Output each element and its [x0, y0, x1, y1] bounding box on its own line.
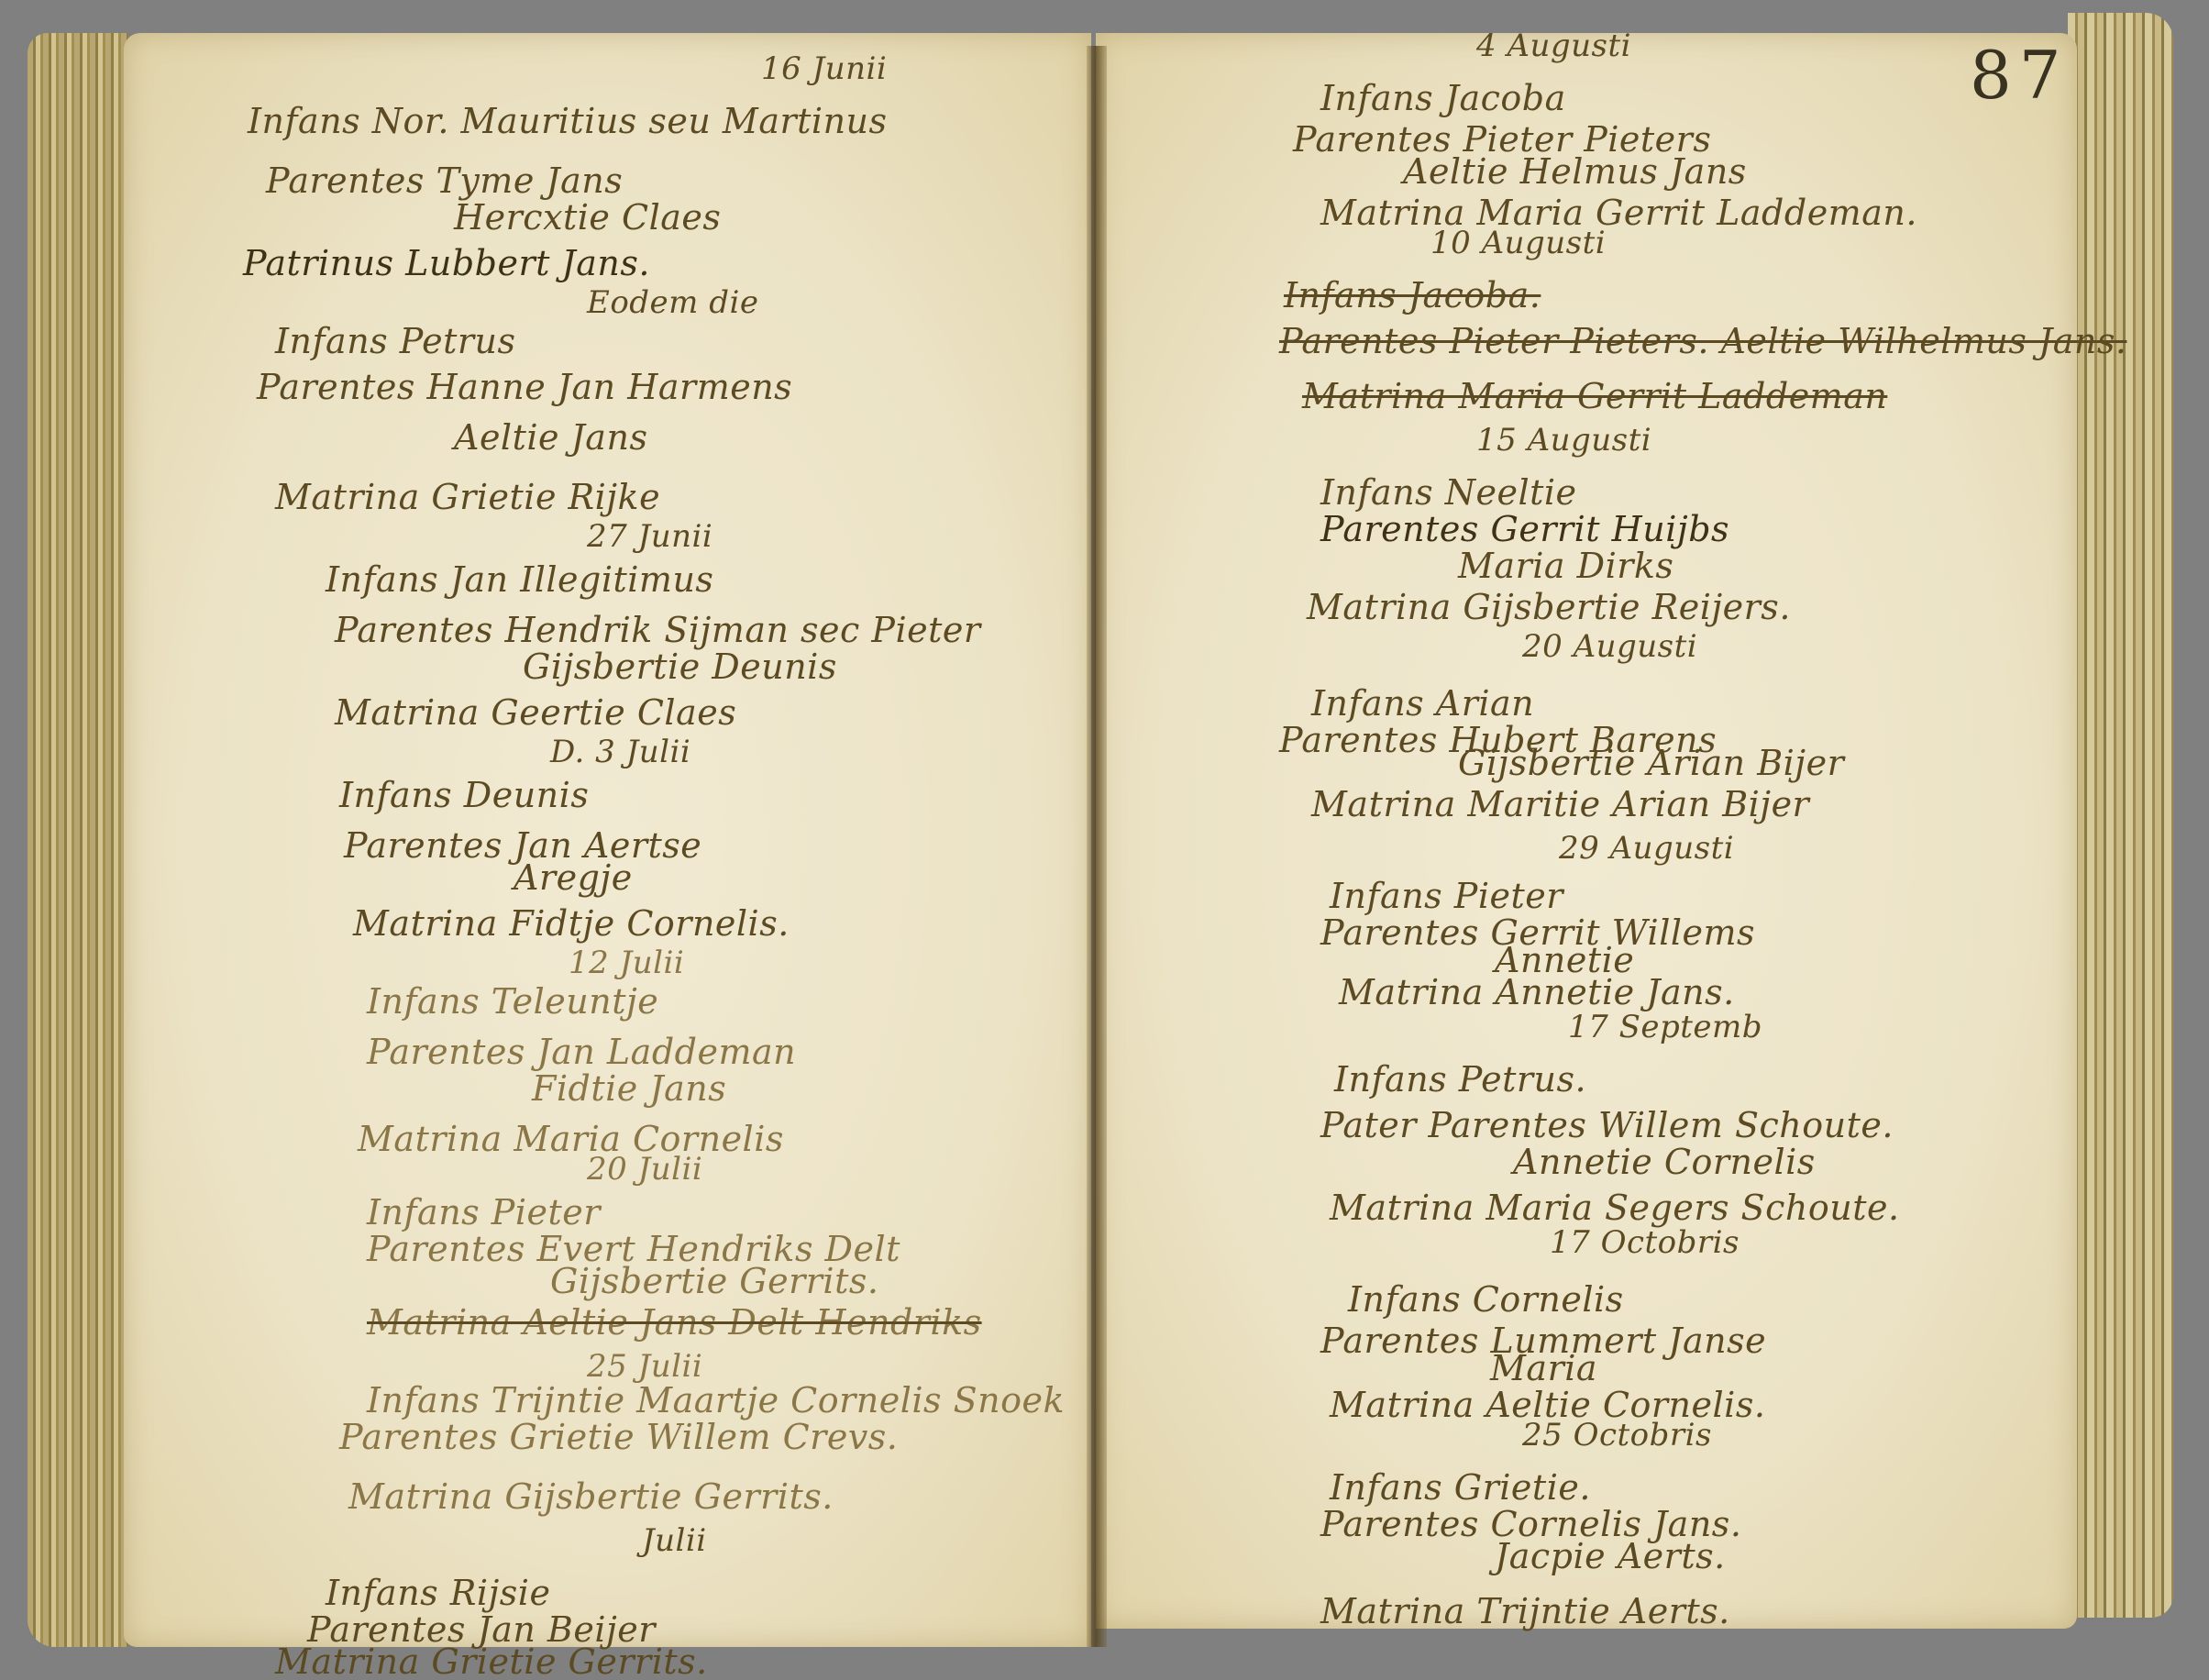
left-page-entry-line: 25 Julii [587, 1348, 702, 1385]
right-page-entry-line: Parentes Gerrit Huijbs [1320, 509, 1729, 549]
book-gutter [1087, 46, 1107, 1647]
left-page-entry-line: Julii [642, 1522, 707, 1559]
left-page-entry-line: Infans Trijntie Maartje Cornelis Snoek [367, 1380, 1065, 1420]
right-page-entry-line: 15 Augusti [1476, 422, 1651, 459]
right-page-entry-line: Matrina Annetie Jans. [1339, 972, 1735, 1012]
left-page-entry-line: Patrinus Lubbert Jans. [243, 243, 650, 283]
page-number: 87 [1970, 37, 2069, 114]
right-page-entry-line: Matrina Maria Gerrit Laddeman [1302, 376, 1887, 416]
right-page-entry-line: 20 Augusti [1522, 628, 1697, 665]
right-page-entry-line: 29 Augusti [1559, 830, 1734, 867]
left-page-entry-line: Infans Deunis [339, 775, 589, 815]
right-page-entry-line: 25 Octobris [1522, 1417, 1712, 1453]
right-page-entry-line: Matrina Gijsbertie Reijers. [1307, 587, 1791, 627]
left-page-entry-line: Matrina Maria Cornelis [358, 1119, 784, 1159]
left-page-entry-line: Eodem die [587, 284, 758, 321]
right-page-entry-line: Gijsbertie Arian Bijer [1458, 743, 1844, 783]
left-page-entry-line: 12 Julii [569, 945, 684, 981]
left-page-entry-line: Aregje [514, 857, 633, 898]
right-page-entry-line: Infans Arian [1311, 683, 1534, 724]
right-page-entry-line: Maria Dirks [1458, 546, 1673, 586]
right-page-entry-line: 10 Augusti [1430, 225, 1606, 261]
book-page-edges-left [28, 33, 128, 1647]
right-page-entry-line: 17 Septemb [1568, 1009, 1762, 1045]
left-page-entry-line: Infans Petrus [275, 321, 516, 361]
right-page-entry-line: Infans Cornelis [1348, 1279, 1624, 1320]
left-page-entry-line: Parentes Hendrik Sijman sec Pieter [335, 610, 981, 650]
right-page-entry-line: 4 Augusti [1476, 28, 1631, 64]
right-page-entry-line: Pater Parentes Willem Schoute. [1320, 1105, 1894, 1145]
left-page-entry-line: Parentes Grietie Willem Crevs. [339, 1417, 898, 1457]
left-page-entry-line: Aeltie Jans [454, 417, 647, 458]
right-page-entry-line: Infans Jacoba. [1284, 275, 1541, 315]
right-page-entry-line: Annetie Cornelis [1513, 1142, 1816, 1182]
left-page-entry-line: 27 Junii [587, 518, 712, 555]
left-page-entry-line: Matrina Aeltie Jans Delt Hendriks [367, 1302, 982, 1343]
left-page-entry-line: Matrina Gijsbertie Gerrits. [348, 1476, 834, 1517]
right-page-entry-line: Matrina Trijntie Aerts. [1320, 1591, 1730, 1631]
left-page-entry-line: Fidtie Jans [532, 1068, 726, 1109]
right-page-entry-line: Matrina Maria Gerrit Laddeman. [1320, 193, 1917, 233]
right-page-entry-line: Aeltie Helmus Jans [1403, 151, 1747, 192]
left-page-entry-line: Infans Teleuntje [367, 981, 658, 1022]
left-page-entry-line: Infans Pieter [367, 1192, 601, 1232]
left-page-entry-line: Infans Nor. Mauritius seu Martinus [248, 101, 888, 141]
left-page-entry-line: Matrina Grietie Rijke [275, 477, 660, 517]
left-page-entry-line: Matrina Geertie Claes [335, 692, 736, 733]
right-page-entry-line: Infans Pieter [1330, 876, 1563, 916]
left-page-entry-line: Hercxtie Claes [454, 197, 721, 238]
right-page-entry-line: Parentes Pieter Pieters. Aeltie Wilhelmu… [1279, 321, 2126, 361]
left-page-entry-line: Matrina Grietie Gerrits. [275, 1641, 708, 1680]
right-page-entry-line: Infans Jacoba [1320, 78, 1566, 118]
left-page-entry-line: Infans Rijsie [326, 1573, 550, 1613]
right-page-entry-line: Matrina Maritie Arian Bijer [1311, 784, 1809, 824]
right-page-entry-line: Infans Petrus. [1334, 1059, 1586, 1100]
right-page-entry-line: Jacpie Aerts. [1495, 1536, 1726, 1576]
left-page-entry-line: Matrina Fidtje Cornelis. [353, 903, 790, 944]
left-page-entry-line: Gijsbertie Deunis [523, 647, 837, 687]
right-page-entry-line: Matrina Maria Segers Schoute. [1330, 1188, 1900, 1228]
left-page-entry-line: D. 3 Julii [550, 734, 690, 770]
left-page-entry-line: Gijsbertie Gerrits. [550, 1261, 878, 1301]
left-page-entry-line: 20 Julii [587, 1151, 702, 1188]
book-page-edges-right [2068, 13, 2173, 1618]
right-page-entry-line: Maria [1490, 1348, 1597, 1388]
left-page-entry-line: 16 Junii [761, 50, 887, 87]
left-page-entry-line: Parentes Hanne Jan Harmens [257, 367, 792, 407]
right-page-entry-line: Infans Neeltie [1320, 472, 1577, 513]
left-page-entry-line: Infans Jan Illegitimus [326, 559, 713, 600]
left-page-entry-line: Parentes Jan Laddeman [367, 1032, 796, 1072]
right-page-entry-line: Infans Grietie. [1330, 1467, 1591, 1508]
left-page-entry-line: Parentes Tyme Jans [266, 160, 623, 201]
right-page-entry-line: 17 Octobris [1550, 1224, 1740, 1261]
